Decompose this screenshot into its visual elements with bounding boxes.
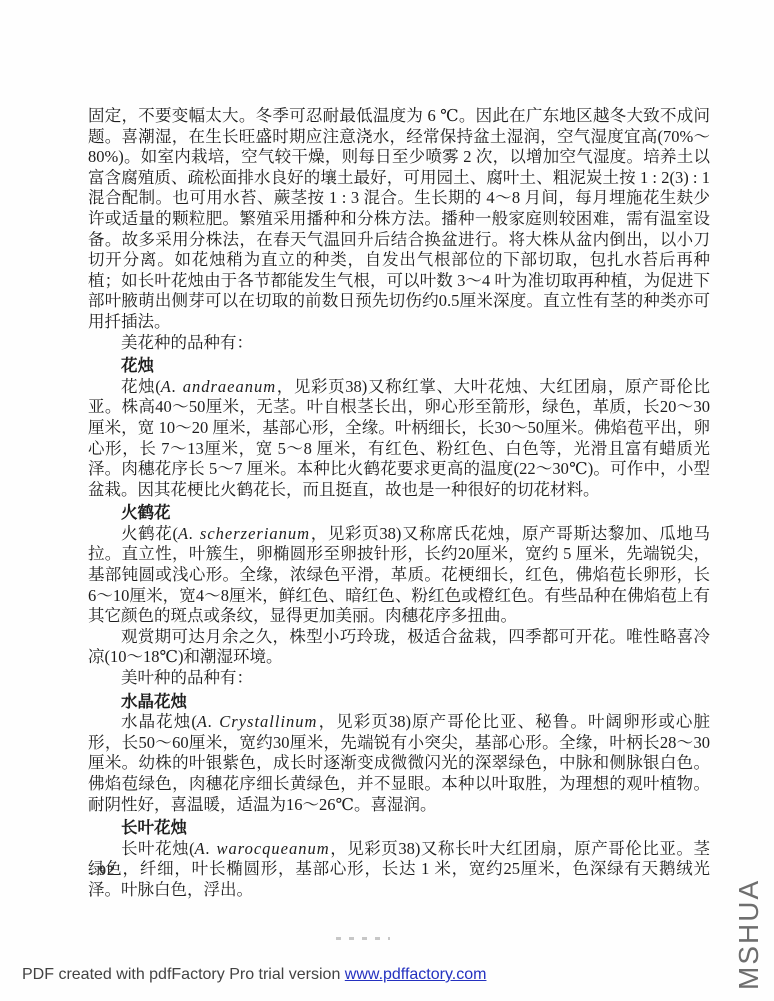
body-paragraph: 固定，不要变幅太大。冬季可忍耐最低温度为 6 ℃。因此在广东地区越冬大致不成问题…	[88, 106, 710, 333]
paragraph-text: 长叶花烛(	[121, 839, 195, 858]
paragraph-text: 花烛(	[121, 377, 161, 396]
document-body: 固定，不要变幅太大。冬季可忍耐最低温度为 6 ℃。因此在广东地区越冬大致不成问题…	[88, 106, 710, 901]
scan-artifact	[336, 937, 390, 940]
paragraph-text: 固定，不要变幅太大。冬季可忍耐最低温度为 6 ℃。因此在广东地区越冬大致不成问题…	[88, 106, 710, 331]
body-paragraph: 火鹤花(A. scherzerianum，见彩页38)又称席氏花烛，原产哥斯达黎…	[88, 524, 710, 627]
species-latin-name: A. andraeanum	[161, 377, 276, 396]
paragraph-text: 花烛	[121, 356, 154, 375]
paragraph-text: 美花种的品种有：	[121, 333, 253, 352]
paragraph-text: 美叶种的品种有：	[121, 668, 253, 687]
species-latin-name: A. warocqueanum	[195, 839, 330, 858]
section-heading: 火鹤花	[88, 503, 710, 524]
body-paragraph: 花烛(A. andraeanum，见彩页38)又称红掌、大叶花烛、大红团扇，原产…	[88, 377, 710, 501]
pdffactory-link[interactable]: www.pdffactory.com	[345, 966, 487, 983]
watermark-mshua: MSHUA	[733, 872, 767, 990]
paragraph-text: 观赏期可达月余之久，株型小巧玲珑，极适合盆栽，四季都可开花。唯性略喜冷凉(10～…	[88, 627, 710, 667]
paragraph-text: 长叶花烛	[121, 818, 187, 837]
footer-text: PDF created with pdfFactory Pro trial ve…	[22, 966, 345, 983]
body-paragraph: 观赏期可达月余之久，株型小巧玲珑，极适合盆栽，四季都可开花。唯性略喜冷凉(10～…	[88, 627, 710, 668]
pdf-footer: PDF created with pdfFactory Pro trial ve…	[22, 966, 486, 984]
paragraph-text: 火鹤花(	[121, 524, 178, 543]
body-paragraph: 美叶种的品种有：	[88, 668, 710, 689]
paragraph-text: 水晶花烛(	[121, 712, 197, 731]
section-heading: 长叶花烛	[88, 818, 710, 839]
scanned-page: 固定，不要变幅太大。冬季可忍耐最低温度为 6 ℃。因此在广东地区越冬大致不成问题…	[0, 0, 774, 1001]
body-paragraph: 美花种的品种有：	[88, 333, 710, 354]
page-number: . 92	[90, 864, 115, 880]
body-paragraph: 长叶花烛(A. warocqueanum，见彩页38)又称长叶大红团扇，原产哥伦…	[88, 839, 710, 901]
species-latin-name: A. Crystallinum	[197, 712, 318, 731]
paragraph-text: 水晶花烛	[121, 692, 187, 711]
section-heading: 水晶花烛	[88, 692, 710, 713]
species-latin-name: A. scherzerianum	[178, 524, 310, 543]
body-paragraph: 水晶花烛(A. Crystallinum，见彩页38)原产哥伦比亚、秘鲁。叶阔卵…	[88, 712, 710, 815]
section-heading: 花烛	[88, 356, 710, 377]
paragraph-text: 火鹤花	[121, 503, 171, 522]
